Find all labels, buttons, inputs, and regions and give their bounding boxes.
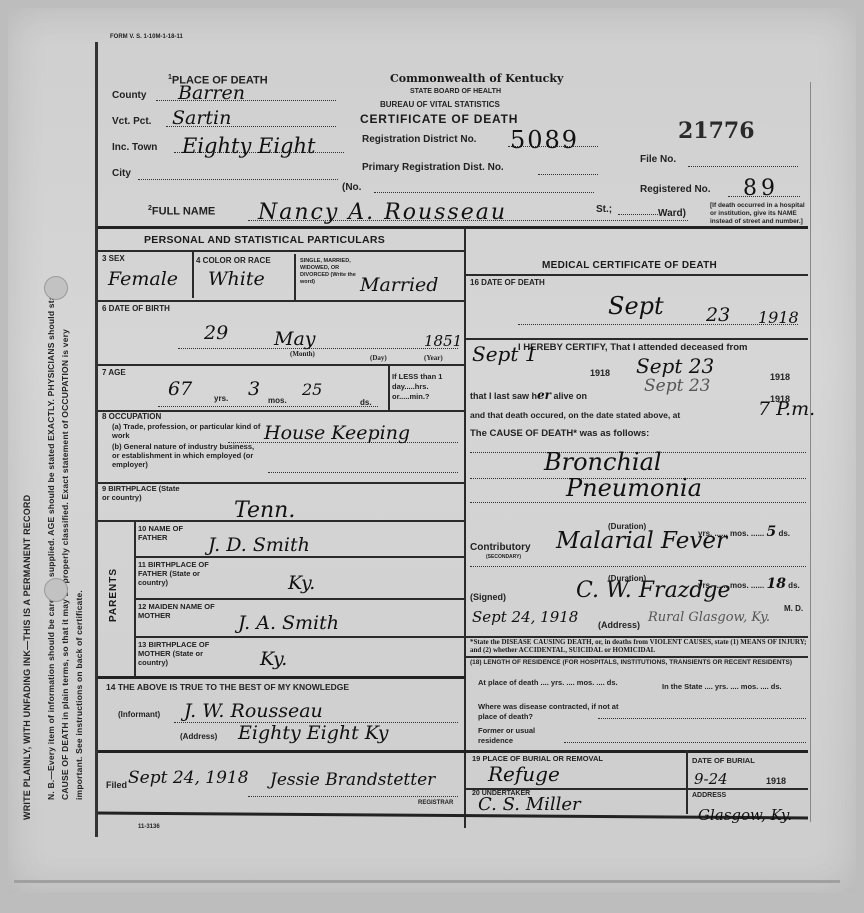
in-state-label: In the State .... yrs. .... mos. .... ds… [662,682,812,692]
divider [464,656,808,658]
dod-day: 23 [706,304,730,326]
burial-year: 1918 [766,776,786,786]
year-caption: (Year) [424,354,443,362]
divider [98,364,466,366]
occupation-label: 8 OCCUPATION [102,412,161,421]
dod-month: Sept [608,292,664,320]
personal-heading: PERSONAL AND STATISTICAL PARTICULARS [144,234,385,246]
right-frame [810,82,811,822]
file-stamp: 21776 [678,118,755,144]
divider [134,598,466,600]
mos-caption: mos. [268,396,287,405]
sex-label: 3 SEX [102,254,125,263]
registrar-label: REGISTRAR [418,800,453,806]
county-value: Barren [178,82,245,104]
divider [192,252,194,298]
paper-crease [14,880,840,883]
attended-to: Sept 23 [636,354,714,378]
race-label: 4 COLOR OR RACE [196,256,271,265]
full-name-label: 2FULL NAME [148,205,215,218]
undertaker-address: Glasgow, Ky. [698,806,792,824]
dob-line [178,348,458,349]
street-line [374,192,594,193]
dob-year: 1851 [424,332,462,350]
mother-name-label: 12 MAIDEN NAME OF MOTHER [138,602,218,620]
birthplace-label: 9 BIRTHPLACE (State or country) [102,484,182,502]
bureau-title: BUREAU OF VITAL STATISTICS [380,100,500,109]
informant-heading: 14 THE ABOVE IS TRUE TO THE BEST OF MY K… [106,682,349,692]
divider [464,338,808,340]
less-than-day-label: If LESS than 1 day.....hrs. or.....min.? [392,372,462,402]
yrs-caption: yrs. [214,394,228,403]
mother-name-value: J. A. Smith [238,612,339,634]
month-caption: (Month) [290,350,315,358]
certificate-title: CERTIFICATE OF DEATH [360,112,518,126]
form-number: FORM V. S. 1-10M-1-18-11 [110,34,183,40]
street-label: St.; [596,204,612,215]
dod-line [518,324,798,325]
punch-hole-bottom [44,578,68,602]
informant-address-value: Eighty Eight Ky [238,722,389,744]
medical-heading: MEDICAL CERTIFICATE OF DEATH [542,260,717,271]
cause-label: The CAUSE OF DEATH* was as follows: [470,428,649,439]
vct-value: Sartin [172,107,231,129]
divider [464,274,808,276]
city-label: City [112,168,131,179]
divider [686,750,688,814]
informant-address-label: (Address) [180,732,217,741]
physician-signature: C. W. Frazdge [576,578,730,603]
divider [98,226,808,229]
town-value: Eighty Eight [182,134,315,158]
divider [98,520,466,522]
registrar-signature: Jessie Brandstetter [270,770,435,790]
divider [294,254,296,300]
ward-line [618,214,658,215]
physician-address-label: (Address) [598,620,640,630]
to-year: 1918 [770,372,790,382]
file-no-label: File No. [640,154,676,165]
divider [98,300,466,302]
informant-label: (Informant) [118,710,160,719]
column-divider [464,228,466,828]
margin-line-4: important. See instructions on back of c… [74,590,84,800]
contracted-line [598,718,806,719]
father-birthplace-label: 11 BIRTHPLACE OF FATHER (State or countr… [138,560,218,587]
divider [134,556,466,558]
cause-line-3 [470,502,806,503]
undertaker-address-label: ADDRESS [692,792,726,799]
last-saw-date: Sept 23 [644,376,710,396]
age-line [158,406,378,407]
dob-month: May [274,328,316,350]
race-value: White [208,268,265,290]
secondary-caption: (SECONDARY) [486,554,521,560]
last-saw-label: that I last saw her alive on [470,388,587,402]
board-title: STATE BOARD OF HEALTH [410,88,501,95]
occupation-value: House Keeping [264,422,410,444]
registrar-line [248,796,458,797]
signed-label: (Signed) [470,592,506,602]
contracted-label: Where was disease contracted, if not at … [478,702,628,722]
primary-reg-line [538,174,598,175]
reg-district-value: 5089 [510,126,579,154]
occupation-a-label: (a) Trade, profession, or particular kin… [112,422,262,440]
divider [98,250,466,252]
burial-date: 9-24 [694,770,728,788]
primary-reg-label: Primary Registration Dist. No. [362,162,504,173]
attended-from: Sept 1 [472,342,537,366]
physician-address: Rural Glasgow, Ky. [648,610,770,625]
mother-birthplace-value: Ky. [260,648,287,670]
death-time-label: and that death occured, on the date stat… [470,410,680,420]
registered-no-value: 89 [743,176,779,201]
age-days: 25 [302,380,322,399]
instruction-margin: WRITE PLAINLY, WITH UNFADING INK—THIS IS… [10,40,95,830]
dob-label: 6 DATE OF BIRTH [102,304,170,313]
filed-label: Filed [106,780,127,790]
city-line [138,179,338,180]
marital-label: SINGLE, MARRIED, WIDOWED, OR DIVORCED (W… [300,258,360,286]
filed-date: Sept 24, 1918 [128,768,249,788]
day-caption: (Day) [370,354,387,362]
margin-line-3: CAUSE OF DEATH in plain terms, so that i… [60,329,70,800]
ward-label: Ward) [658,208,686,219]
death-time: 7 P.m. [758,398,815,420]
md-label: M. D. [784,604,803,613]
vct-label: Vct. Pct. [112,116,151,127]
employer-line [268,472,458,473]
former-residence-label: Former or usual residence [478,726,568,746]
cause-footnote: *State the DISEASE CAUSING DEATH, or, in… [470,638,810,654]
full-name-value: Nancy A. Rousseau [258,200,507,225]
age-label: 7 AGE [102,368,126,377]
town-label: Inc. Town [112,142,157,153]
registered-no-label: Registered No. [640,184,711,195]
burial-place: Refuge [488,762,560,786]
county-label: County [112,90,146,101]
contributory-line [470,566,806,567]
divider [134,636,466,638]
burial-date-label: DATE OF BURIAL [692,756,755,765]
file-no-line [688,166,798,167]
undertaker-name: C. S. Miller [478,794,581,815]
street-no-label: (No. [342,182,361,193]
father-name-label: 10 NAME OF FATHER [138,524,208,542]
margin-line-1: WRITE PLAINLY, WITH UNFADING INK—THIS IS… [22,495,32,820]
residence-heading: (18) LENGTH OF RESIDENCE (FOR HOSPITALS,… [470,659,810,667]
former-residence-line [564,742,806,743]
punch-hole-top [44,276,68,300]
commonwealth-title: Commonwealth of Kentucky [390,72,563,85]
contributory-value: Malarial Fever [556,528,727,554]
from-year: 1918 [590,368,610,378]
mother-birthplace-label: 13 BIRTHPLACE OF MOTHER (State or countr… [138,640,218,667]
father-name-value: J. D. Smith [208,534,310,556]
divider [98,750,466,753]
occupation-b-label: (b) General nature of industry business,… [112,442,262,469]
reg-district-label: Registration District No. [362,134,476,145]
hospital-note: [If death occurred in a hospital or inst… [710,202,806,226]
cause-primary-2: Pneumonia [566,474,702,502]
age-years: 67 [168,378,192,400]
contributory-label: Contributory [470,542,531,553]
age-months: 3 [248,378,260,400]
father-birthplace-value: Ky. [288,572,315,594]
informant-value: J. W. Rousseau [184,700,323,722]
death-certificate-form: FORM V. S. 1-10M-1-18-11 1PLACE OF DEATH… [95,42,813,837]
sex-value: Female [108,268,178,290]
dob-day: 29 [204,322,228,344]
signed-date: Sept 24, 1918 [472,608,578,626]
cause-primary-1: Bronchial [544,448,662,476]
dod-year: 1918 [758,308,799,327]
divider [464,750,808,753]
dod-label: 16 DATE OF DEATH [470,278,545,287]
at-place-label: At place of death .... yrs. .... mos. ..… [478,678,628,688]
certify-text: I HEREBY CERTIFY, That I attended deceas… [518,342,747,353]
parents-side-label: PARENTS [108,568,119,622]
divider [98,676,466,679]
bottom-code: 11-3136 [138,824,160,830]
marital-value: Married [360,274,438,296]
divider [388,366,390,410]
margin-line-2: N. B.—Every item of information should b… [46,287,56,800]
